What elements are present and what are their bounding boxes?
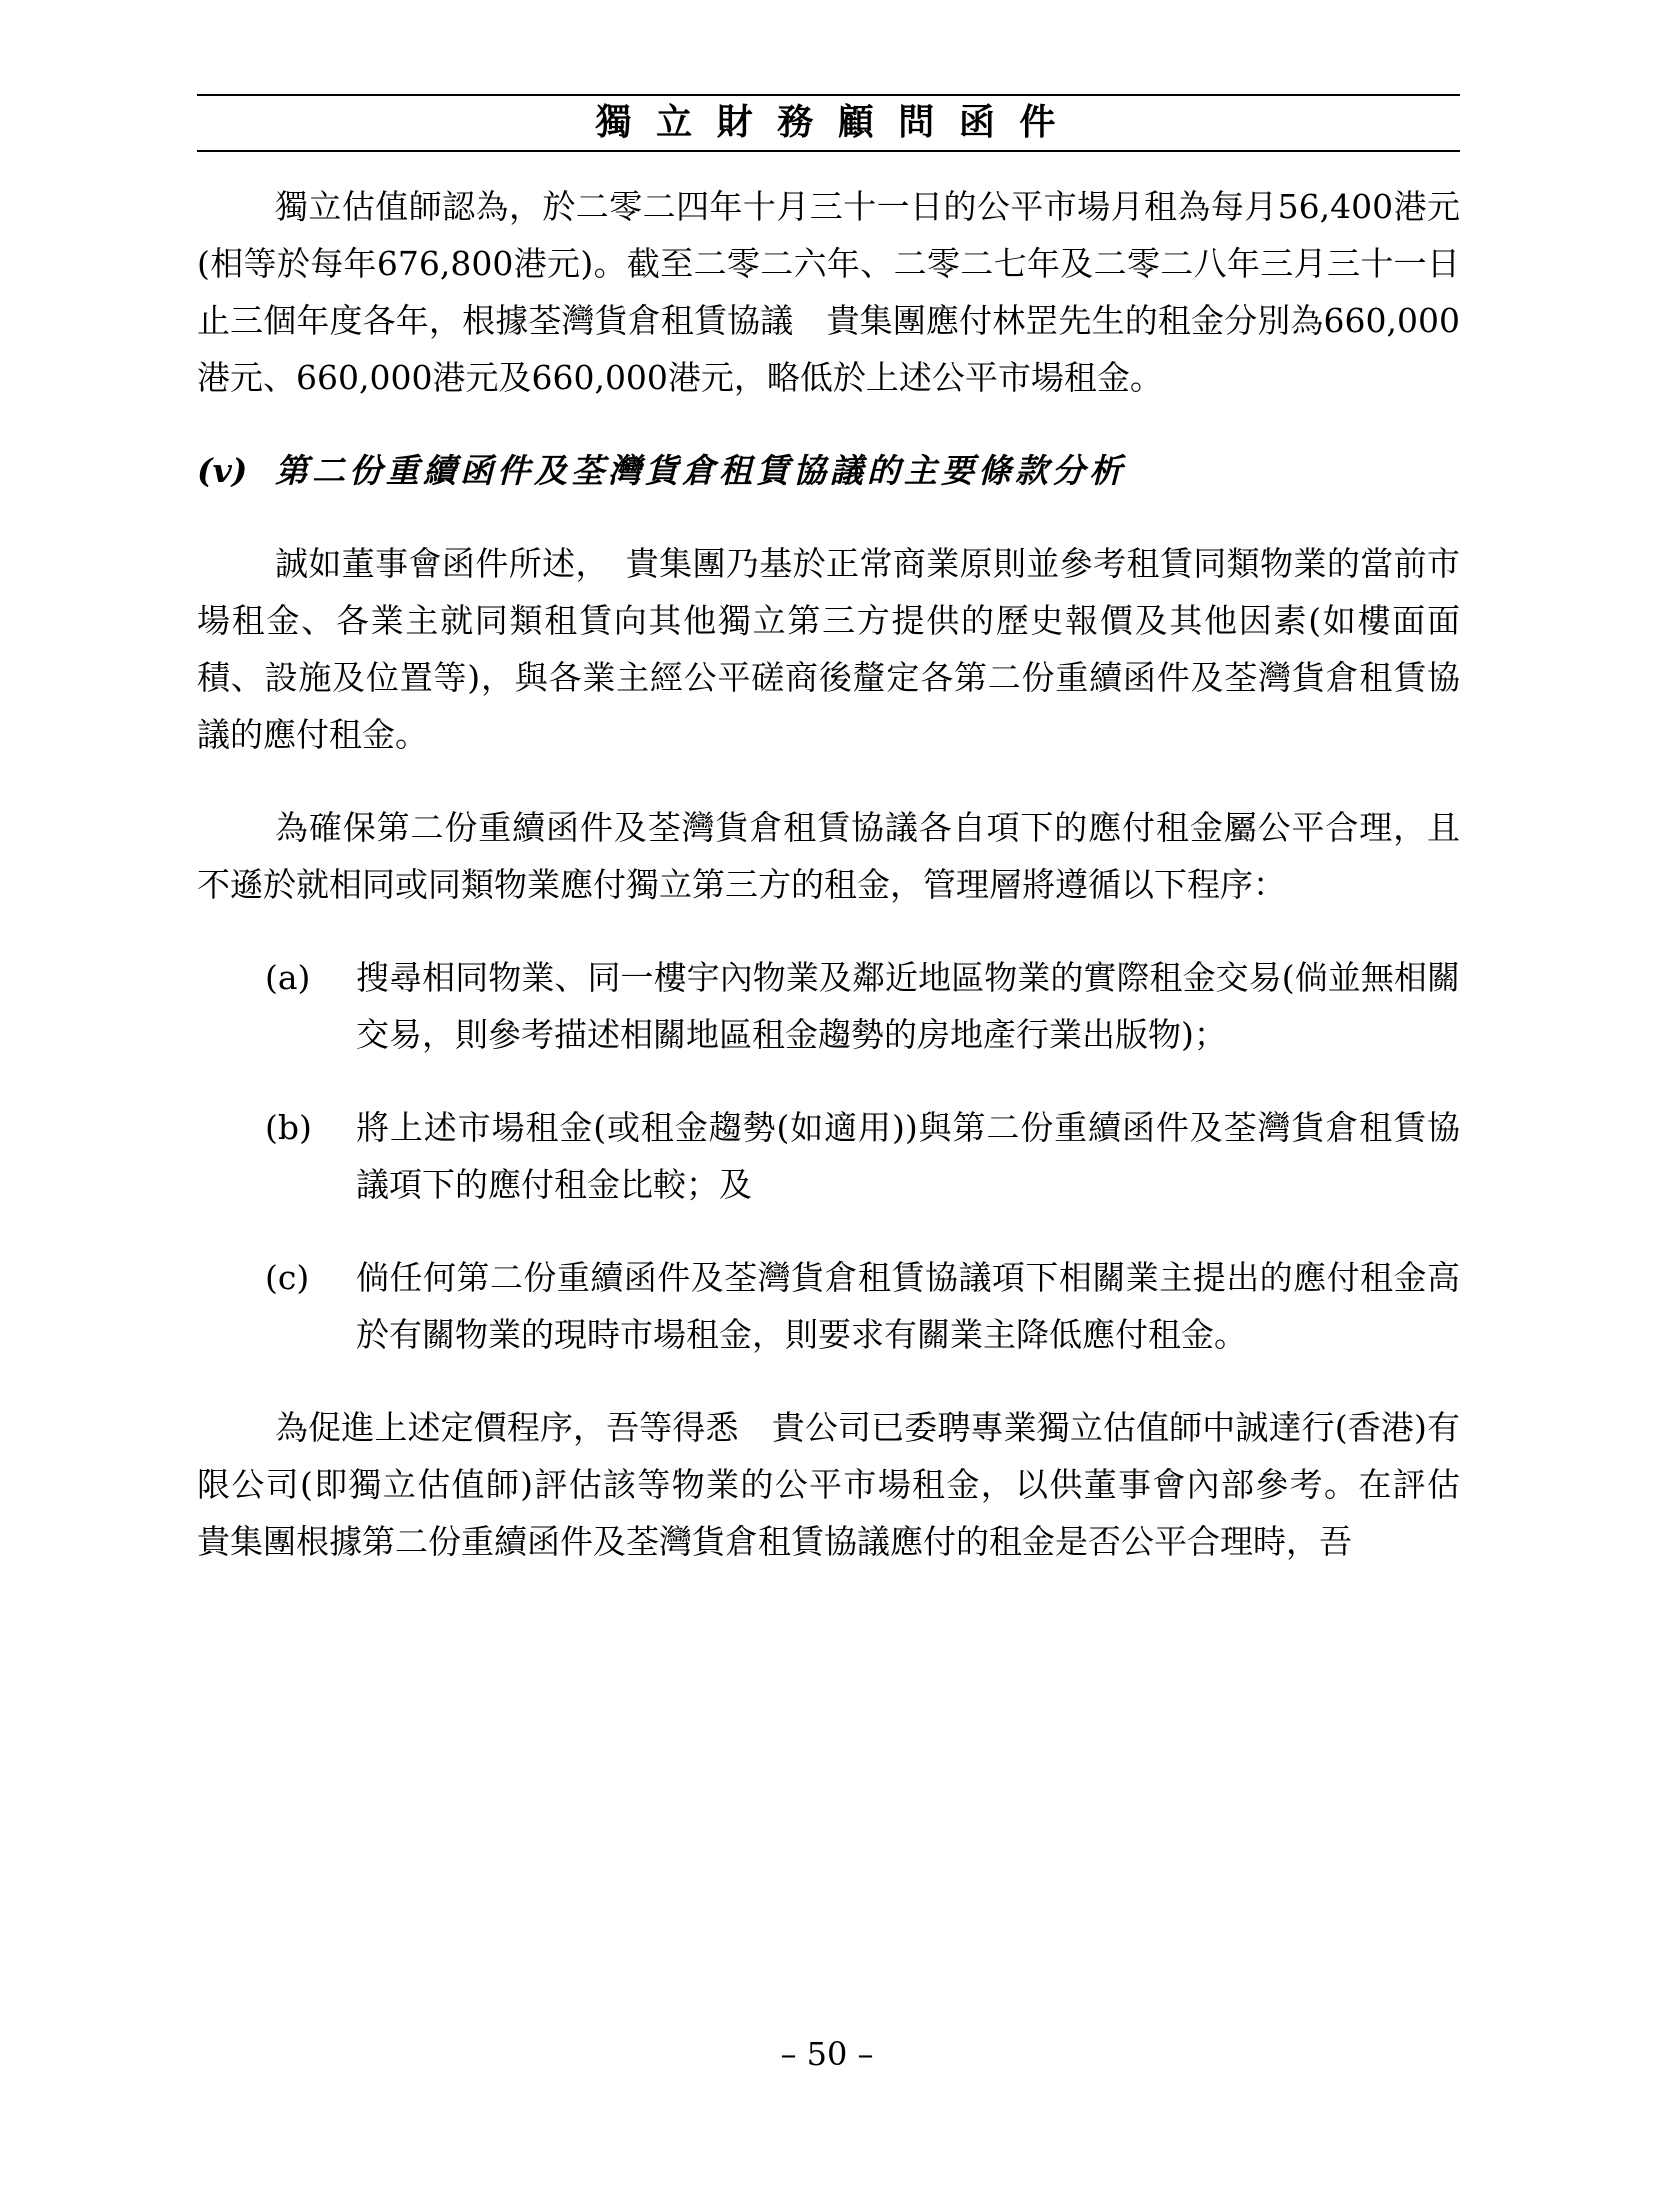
header-title: 獨 立 財 務 顧 問 函 件: [197, 97, 1460, 149]
section-heading-label: (v): [197, 442, 247, 499]
header-bottom-rule: [197, 150, 1460, 152]
list-item-b: (b) 將上述市場租金(或租金趨勢(如適用))與第二份重續函件及荃灣貨倉租賃協議…: [197, 1099, 1460, 1213]
section-heading-v: (v) 第二份重續函件及荃灣貨倉租賃協議的主要條款分析: [197, 442, 1460, 499]
document-page: 獨 立 財 務 顧 問 函 件 獨立估值師認為，於二零二四年十月三十一日的公平市…: [0, 0, 1654, 2205]
list-item-c: (c) 倘任何第二份重續函件及荃灣貨倉租賃協議項下相關業主提出的應付租金高於有關…: [197, 1249, 1460, 1363]
document-body: 獨立估值師認為，於二零二四年十月三十一日的公平市場月租為每月56,400港元(相…: [197, 178, 1460, 1606]
list-item-label: (a): [265, 949, 310, 1006]
paragraph-fair-market-rent: 獨立估值師認為，於二零二四年十月三十一日的公平市場月租為每月56,400港元(相…: [197, 178, 1460, 406]
paragraph-pricing-basis: 誠如董事會函件所述， 貴集團乃基於正常商業原則並參考租賃同類物業的當前市場租金、…: [197, 535, 1460, 763]
procedure-list: (a) 搜尋相同物業、同一樓宇內物業及鄰近地區物業的實際租金交易(倘並無相關交易…: [197, 949, 1460, 1363]
section-heading-text: 第二份重續函件及荃灣貨倉租賃協議的主要條款分析: [275, 451, 1126, 490]
header-top-rule: [197, 94, 1460, 96]
list-item-text: 將上述市場租金(或租金趨勢(如適用))與第二份重續函件及荃灣貨倉租賃協議項下的應…: [356, 1108, 1460, 1204]
list-item-a: (a) 搜尋相同物業、同一樓宇內物業及鄰近地區物業的實際租金交易(倘並無相關交易…: [197, 949, 1460, 1063]
list-item-label: (c): [265, 1249, 309, 1306]
list-item-text: 倘任何第二份重續函件及荃灣貨倉租賃協議項下相關業主提出的應付租金高於有關物業的現…: [356, 1258, 1460, 1354]
list-item-label: (b): [265, 1099, 312, 1156]
list-item-text: 搜尋相同物業、同一樓宇內物業及鄰近地區物業的實際租金交易(倘並無相關交易，則參考…: [356, 958, 1460, 1054]
paragraph-procedures-intro: 為確保第二份重續函件及荃灣貨倉租賃協議各自項下的應付租金屬公平合理，且不遜於就相…: [197, 799, 1460, 913]
page-number: – 50 –: [0, 2032, 1654, 2076]
paragraph-independent-valuer: 為促進上述定價程序，吾等得悉 貴公司已委聘專業獨立估值師中誠達行(香港)有限公司…: [197, 1399, 1460, 1570]
